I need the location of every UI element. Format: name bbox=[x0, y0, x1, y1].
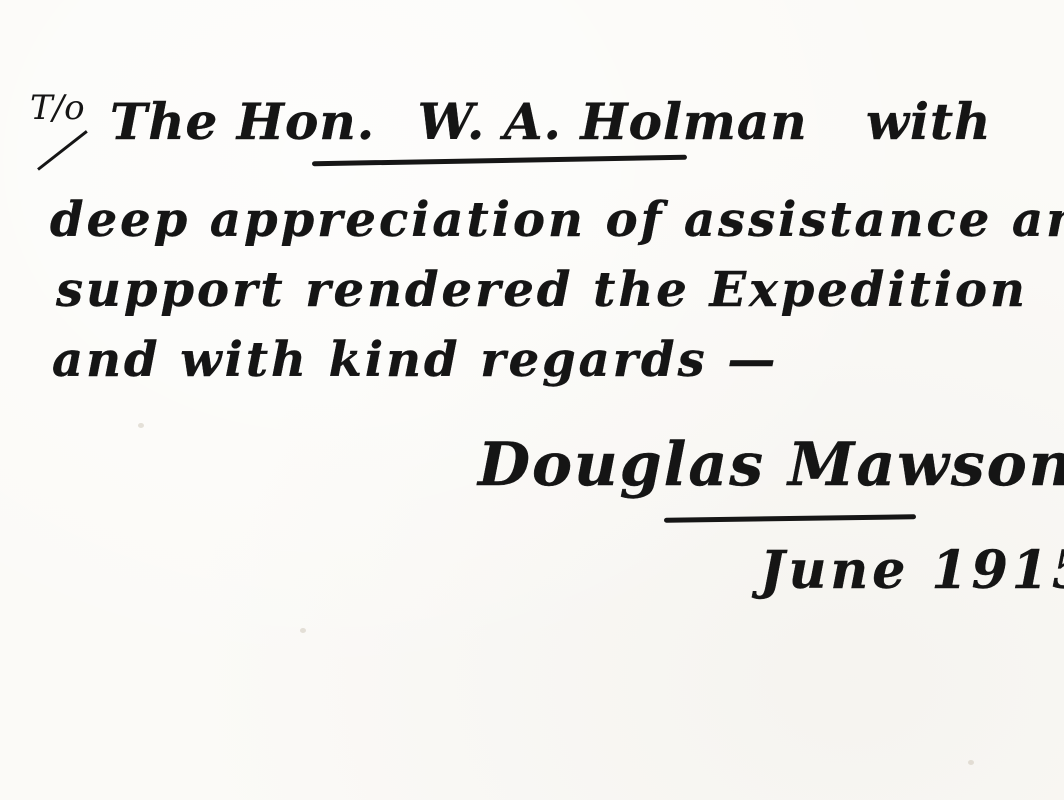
body-line-3: and with kind regards — bbox=[52, 332, 778, 388]
body-line-2: support rendered the Expedition bbox=[56, 262, 1028, 318]
paper-speck bbox=[968, 760, 974, 765]
recipient-underline bbox=[312, 155, 687, 167]
to-abbreviation: T/o bbox=[30, 88, 85, 128]
recipient-name: W. A. Holman bbox=[418, 92, 808, 151]
inscription-page: T/o The Hon. W. A. Holman with deep appr… bbox=[0, 0, 1064, 800]
salutation-title: The Hon. bbox=[110, 92, 375, 151]
signature-underline bbox=[664, 514, 916, 523]
salutation-line: The Hon. W. A. Holman with bbox=[110, 92, 992, 151]
paper-speck bbox=[300, 628, 306, 633]
signature: Douglas Mawson bbox=[478, 430, 1064, 500]
paper-speck bbox=[138, 423, 144, 428]
date: June 1915 bbox=[760, 540, 1064, 601]
body-line-1: deep appreciation of assistance and bbox=[50, 192, 1064, 248]
to-slash-stroke bbox=[37, 130, 88, 171]
salutation-continuation: with bbox=[866, 92, 991, 151]
